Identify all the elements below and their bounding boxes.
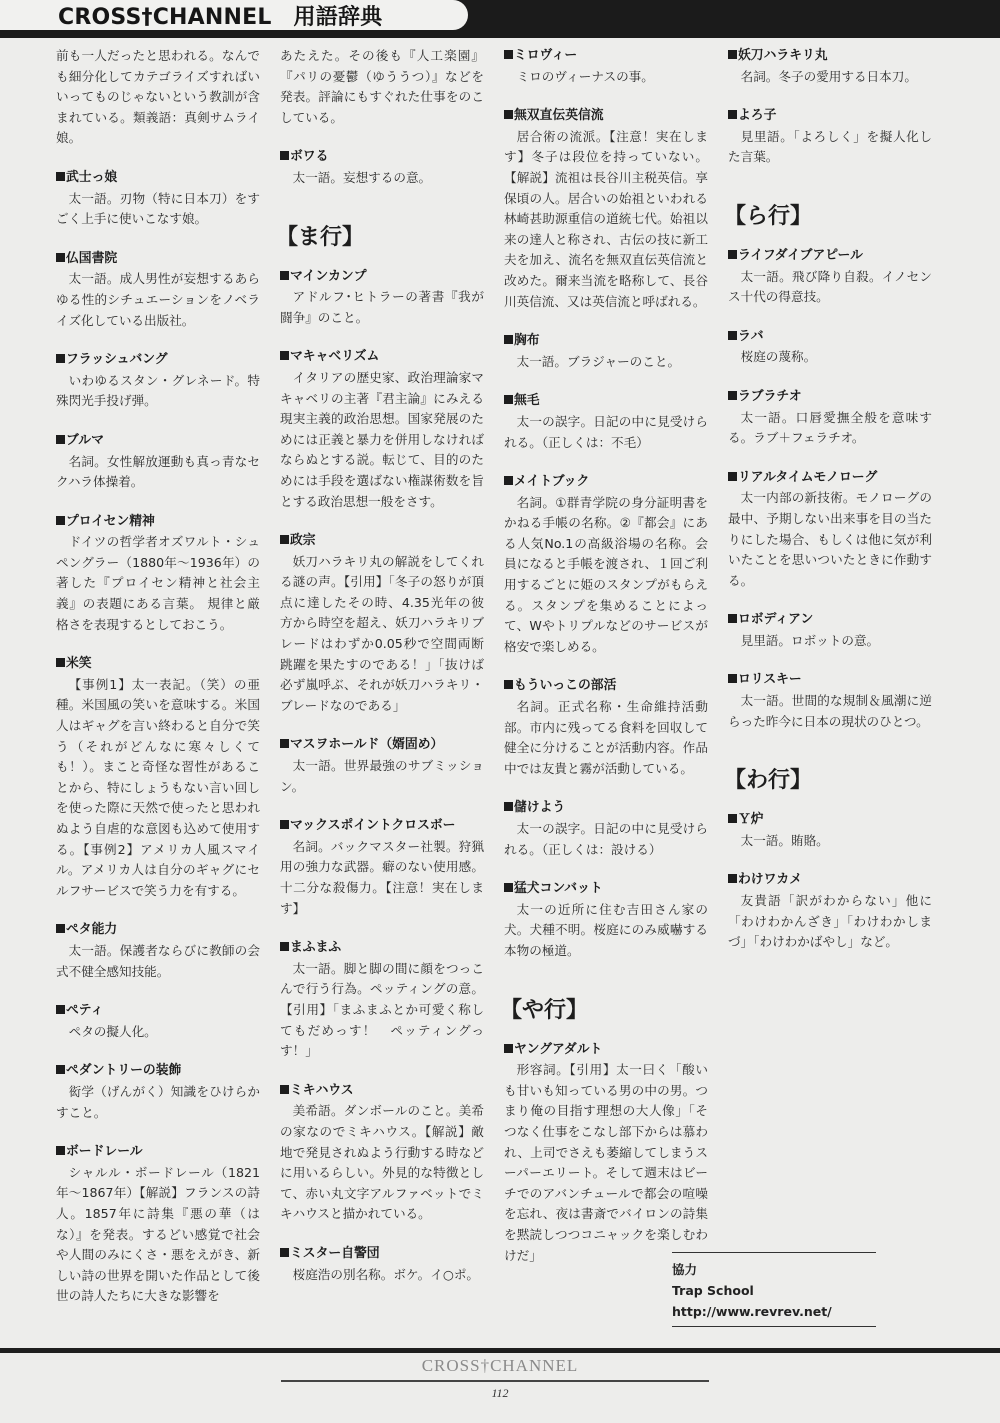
glossary-entry: プロイセン精神ドイツの哲学者オズワルト・シュペングラー（1880年〜1936年）… — [56, 512, 260, 636]
entry-term: プロイセン精神 — [56, 512, 260, 533]
entry-term-text: ブルマ — [66, 433, 104, 448]
entry-term-text: 胸布 — [514, 333, 540, 348]
entry-term-text: 猛犬コンバット — [514, 881, 603, 896]
entry-definition: 美希語。ダンボールのこと。美希の家なのでミキハウス。【解説】敵地で発見されぬよう… — [280, 1101, 484, 1225]
entry-term-text: リアルタイムモノローグ — [738, 470, 877, 485]
entry-definition: 見里語。「よろしく」を擬人化した言葉。 — [728, 127, 932, 168]
square-bullet-icon — [728, 391, 737, 400]
entry-term: ライフダイブアピール — [728, 246, 932, 267]
entry-term: ボワる — [280, 147, 484, 168]
square-bullet-icon — [56, 924, 65, 933]
entry-term: ラブラチオ — [728, 387, 932, 408]
entry-definition: 太一語。世界最強のサブミッション。 — [280, 756, 484, 797]
glossary-entry: マインカンプアドルフ･ヒトラーの著書『我が闘争』のこと。 — [280, 267, 484, 329]
glossary-entry: もういっこの部活名詞。正式名称・生命維持活動部。市内に残ってる食料を回収して健全… — [504, 676, 708, 779]
entry-definition: 太一語。飛び降り自殺。イノセンス十代の得意技。 — [728, 267, 932, 308]
glossary-entry: 政宗妖刀ハラキリ丸の解説をしてくれる謎の声。【引用】「冬子の怒りが頂点に達したそ… — [280, 531, 484, 716]
entry-term-text: プロイセン精神 — [66, 514, 155, 529]
entry-term: 無双直伝英信流 — [504, 106, 708, 127]
entry-definition: いわゆるスタン・グレネード。特殊閃光手投げ弾。 — [56, 371, 260, 412]
square-bullet-icon — [280, 820, 289, 829]
glossary-entry: ペダントリーの装飾衒学（げんがく）知識をひけらかすこと。 — [56, 1061, 260, 1123]
glossary-entry: よろ子見里語。「よろしく」を擬人化した言葉。 — [728, 106, 932, 168]
square-bullet-icon — [56, 516, 65, 525]
entry-definition: 名詞。正式名称・生命維持活動部。市内に残ってる食料を回収して健全に分けることが活… — [504, 697, 708, 779]
glossary-entry: ボワる太一語。妄想するの意。 — [280, 147, 484, 188]
glossary-entry: 武士っ娘太一語。刃物（特に日本刀）をすごく上手に使いこなす娘。 — [56, 168, 260, 230]
square-bullet-icon — [56, 1065, 65, 1074]
entry-term-text: ボワる — [290, 149, 328, 164]
entry-definition: 見里語。ロボットの意。 — [728, 631, 932, 652]
entry-definition: 太一の近所に住む吉田さん家の犬。犬種不明。桜庭にのみ威嚇する本物の極道。 — [504, 900, 708, 962]
glossary-columns: 前も一人だったと思われる。なんでも細分化してカテゴライズすればいいってものじゃな… — [56, 46, 936, 1346]
entry-term: わけワカメ — [728, 870, 932, 891]
square-bullet-icon — [280, 535, 289, 544]
glossary-entry: メイトブック名詞。①群青学院の身分証明書をかねる手帳の名称。②『都会』にある人気… — [504, 472, 708, 657]
square-bullet-icon — [56, 435, 65, 444]
square-bullet-icon — [280, 739, 289, 748]
entry-term-text: 仏国書院 — [66, 251, 117, 266]
column-1: 前も一人だったと思われる。なんでも細分化してカテゴライズすればいいってものじゃな… — [56, 46, 260, 1326]
entry-term-text: 武士っ娘 — [66, 170, 117, 185]
entry-term-text: ボードレール — [66, 1144, 143, 1159]
entry-definition: 名詞。バックマスター社製。狩猟用の強力な武器。癖のない使用感。十二分な殺傷力。【… — [280, 837, 484, 919]
glossary-entry: 胸布太一語。ブラジャーのこと。 — [504, 331, 708, 372]
glossary-entry: 無毛太一の誤字。日記の中に見受けられる。（正しくは：不毛） — [504, 391, 708, 453]
section-heading: 【や行】 — [500, 996, 708, 1026]
square-bullet-icon — [56, 1005, 65, 1014]
entry-definition: 太一語。脚と脚の間に顔をつっこんで行う行為。ペッティングの意。【引用】「まふまふ… — [280, 959, 484, 1062]
page-title: CROSS†CHANNEL用語辞典 — [58, 0, 382, 31]
entry-term: 政宗 — [280, 531, 484, 552]
glossary-entry: ヤングアダルト形容詞。【引用】太一曰く「酸いも甘いも知っている男の中の男。つまり… — [504, 1040, 708, 1267]
entry-definition: 太一語。世間的な規制＆風潮に逆らった昨今に日本の現状のひとつ。 — [728, 691, 932, 732]
entry-definition: 形容詞。【引用】太一曰く「酸いも甘いも知っている男の中の男。つまり俺の目指す理想… — [504, 1060, 708, 1266]
square-bullet-icon — [280, 151, 289, 160]
entry-term: よろ子 — [728, 106, 932, 127]
glossary-entry: 猛犬コンバット太一の近所に住む吉田さん家の犬。犬種不明。桜庭にのみ威嚇する本物の… — [504, 879, 708, 961]
square-bullet-icon — [728, 110, 737, 119]
entry-term: まふまふ — [280, 938, 484, 959]
entry-term-text: ロボディアン — [738, 612, 813, 627]
entry-definition: 桜庭の蔑称。 — [728, 347, 932, 368]
entry-term-text: ロリスキー — [738, 672, 802, 687]
glossary-entry: ミキハウス美希語。ダンボールのこと。美希の家なのでミキハウス。【解説】敵地で発見… — [280, 1081, 484, 1225]
entry-definition: 名詞。冬子の愛用する日本刀。 — [728, 67, 932, 88]
square-bullet-icon — [56, 172, 65, 181]
section-heading: 【ら行】 — [724, 202, 932, 232]
entry-definition: 太一の誤字。日記の中に見受けられる。（正しくは：設ける） — [504, 819, 708, 860]
entry-term: 無毛 — [504, 391, 708, 412]
entry-term: マインカンプ — [280, 267, 484, 288]
glossary-entry: ラブラチオ太一語。口唇愛撫全般を意味する。ラブ＋フェラチオ。 — [728, 387, 932, 449]
glossary-entry: ロリスキー太一語。世間的な規制＆風潮に逆らった昨今に日本の現状のひとつ。 — [728, 670, 932, 732]
section-heading: 【わ行】 — [724, 766, 932, 796]
glossary-entry: 仏国書院太一語。成人男性が妄想するあらゆる性的シチュエーションをノベライズ化して… — [56, 249, 260, 331]
continued-text: あたえた。その後も『人工楽園』『パリの憂鬱（ゆううつ）』などを発表。評論にもすぐ… — [280, 46, 484, 128]
entry-term: ボードレール — [56, 1142, 260, 1163]
glossary-entry: 儲けよう太一の誤字。日記の中に見受けられる。（正しくは：設ける） — [504, 798, 708, 860]
entry-term-text: マキャベリズム — [290, 349, 379, 364]
entry-definition: 居合術の流派。【注意！実在します】冬子は段位を持っていない。【解説】流祖は長谷川… — [504, 127, 708, 312]
square-bullet-icon — [504, 680, 513, 689]
entry-definition: 太一内部の新技術。モノローグの最中、予期しない出来事を目の当たりにした場合、もし… — [728, 488, 932, 591]
entry-term-text: ペダントリーの装飾 — [66, 1063, 181, 1078]
entry-term: ロボディアン — [728, 610, 932, 631]
square-bullet-icon — [728, 250, 737, 259]
subtitle-text: 用語辞典 — [294, 5, 383, 30]
square-bullet-icon — [728, 874, 737, 883]
entry-definition: 衒学（げんがく）知識をひけらかすこと。 — [56, 1082, 260, 1123]
entry-term: 仏国書院 — [56, 249, 260, 270]
header-title-tab: CROSS†CHANNEL用語辞典 — [0, 0, 468, 30]
entry-term: フラッシュバング — [56, 350, 260, 371]
entry-term-text: ミロヴィー — [514, 48, 577, 63]
footer-logo: CROSS†CHANNEL — [0, 1356, 1000, 1376]
credit-url[interactable]: http://www.revrev.net/ — [672, 1301, 876, 1322]
square-bullet-icon — [504, 1044, 513, 1053]
entry-term: 儲けよう — [504, 798, 708, 819]
entry-term: マックスポイントクロスボー — [280, 816, 484, 837]
entry-term-text: ヤングアダルト — [514, 1042, 602, 1057]
entry-term-text: ライフダイブアピール — [738, 248, 863, 263]
glossary-entry: ブルマ名詞。女性解放運動も真っ青なセクハラ体操着。 — [56, 431, 260, 493]
entry-term-text: 米笑 — [66, 656, 92, 671]
entry-definition: ミロのヴィーナスの事。 — [504, 67, 708, 88]
entry-term-text: まふまふ — [290, 940, 341, 955]
entry-definition: 太一語。妄想するの意。 — [280, 168, 484, 189]
entry-definition: シャルル・ボードレール（1821年〜1867年）【解説】フランスの詩人。1857… — [56, 1163, 260, 1307]
entry-term-text: よろ子 — [738, 108, 776, 123]
entry-term-text: 政宗 — [290, 533, 316, 548]
entry-definition: ドイツの哲学者オズワルト・シュペングラー（1880年〜1936年）の著した『プロ… — [56, 532, 260, 635]
entry-term-text: わけワカメ — [738, 872, 802, 887]
entry-term: 猛犬コンバット — [504, 879, 708, 900]
credit-name: Trap School — [672, 1280, 876, 1301]
glossary-entry: ボードレールシャルル・ボードレール（1821年〜1867年）【解説】フランスの詩… — [56, 1142, 260, 1307]
entry-definition: 太一語。保護者ならびに教師の会式不健全感知技能。 — [56, 941, 260, 982]
square-bullet-icon — [728, 674, 737, 683]
entry-term: ロリスキー — [728, 670, 932, 691]
page-number: 112 — [0, 1386, 1000, 1401]
square-bullet-icon — [56, 354, 65, 363]
entry-definition: 太一語。ブラジャーのこと。 — [504, 352, 708, 373]
entry-term: マスヲホールド（婿固め） — [280, 735, 484, 756]
square-bullet-icon — [280, 351, 289, 360]
entry-definition: 太一語。口唇愛撫全般を意味する。ラブ＋フェラチオ。 — [728, 408, 932, 449]
square-bullet-icon — [504, 50, 513, 59]
entry-term-text: もういっこの部活 — [514, 678, 616, 693]
entry-term: マキャベリズム — [280, 347, 484, 368]
glossary-entry: ペタ能力太一語。保護者ならびに教師の会式不健全感知技能。 — [56, 920, 260, 982]
glossary-entry: ロボディアン見里語。ロボットの意。 — [728, 610, 932, 651]
square-bullet-icon — [728, 472, 737, 481]
entry-term: 米笑 — [56, 654, 260, 675]
section-heading: 【ま行】 — [276, 223, 484, 253]
entry-term-text: ミキハウス — [290, 1083, 354, 1098]
entry-term: リアルタイムモノローグ — [728, 468, 932, 489]
footer-rule — [0, 1348, 1000, 1353]
glossary-entry: 米笑【事例1】太一表記。（笑）の亜種。米国風の笑いを意味する。米国人はギャグを言… — [56, 654, 260, 901]
square-bullet-icon — [728, 614, 737, 623]
footer-divider — [281, 1380, 709, 1382]
credit-box: 協力 Trap School http://www.revrev.net/ — [672, 1252, 876, 1327]
entry-term: メイトブック — [504, 472, 708, 493]
entry-term-text: マインカンプ — [290, 269, 367, 284]
glossary-entry: わけワカメ友貴語「訳がわからない」他に「わけわかんざき」「わけわかしまづ」「わけ… — [728, 870, 932, 952]
glossary-entry: ミロヴィーミロのヴィーナスの事。 — [504, 46, 708, 87]
continued-text: 前も一人だったと思われる。なんでも細分化してカテゴライズすればいいってものじゃな… — [56, 46, 260, 149]
square-bullet-icon — [728, 331, 737, 340]
entry-definition: 【事例1】太一表記。（笑）の亜種。米国風の笑いを意味する。米国人はギャグを言い終… — [56, 675, 260, 902]
square-bullet-icon — [504, 335, 513, 344]
entry-definition: 太一語。刃物（特に日本刀）をすごく上手に使いこなす娘。 — [56, 189, 260, 230]
square-bullet-icon — [504, 395, 513, 404]
glossary-entry: ライフダイブアピール太一語。飛び降り自殺。イノセンス十代の得意技。 — [728, 246, 932, 308]
square-bullet-icon — [56, 253, 65, 262]
column-4: 妖刀ハラキリ丸名詞。冬子の愛用する日本刀。よろ子見里語。「よろしく」を擬人化した… — [728, 46, 932, 972]
entry-definition: ペタの擬人化。 — [56, 1022, 260, 1043]
square-bullet-icon — [504, 110, 513, 119]
entry-term: ミキハウス — [280, 1081, 484, 1102]
entry-definition: 友貴語「訳がわからない」他に「わけわかんざき」「わけわかしまづ」「わけわかばやし… — [728, 891, 932, 953]
entry-term-text: ミスター自警団 — [290, 1246, 380, 1261]
square-bullet-icon — [56, 1146, 65, 1155]
glossary-entry: 妖刀ハラキリ丸名詞。冬子の愛用する日本刀。 — [728, 46, 932, 87]
glossary-entry: Ｙ炉太一語。賄賂。 — [728, 810, 932, 851]
entry-term-text: 儲けよう — [514, 800, 565, 815]
entry-definition: イタリアの歴史家、政治理論家マキャベリの主著『君主論』にみえる現実主義的政治思想… — [280, 368, 484, 512]
glossary-entry: ラバ桜庭の蔑称。 — [728, 327, 932, 368]
entry-term: もういっこの部活 — [504, 676, 708, 697]
column-2: あたえた。その後も『人工楽園』『パリの憂鬱（ゆううつ）』などを発表。評論にもすぐ… — [280, 46, 484, 1304]
square-bullet-icon — [728, 50, 737, 59]
entry-term: ミロヴィー — [504, 46, 708, 67]
entry-definition: 桜庭浩の別名称。ボケ。イ○ポ。 — [280, 1265, 484, 1286]
square-bullet-icon — [504, 883, 513, 892]
title-text: CROSS†CHANNEL — [58, 5, 272, 30]
entry-term-text: ペティ — [66, 1003, 103, 1018]
entry-term: Ｙ炉 — [728, 810, 932, 831]
glossary-entry: フラッシュバングいわゆるスタン・グレネード。特殊閃光手投げ弾。 — [56, 350, 260, 412]
entry-term: ブルマ — [56, 431, 260, 452]
square-bullet-icon — [280, 271, 289, 280]
square-bullet-icon — [56, 658, 65, 667]
entry-term-text: ペタ能力 — [66, 922, 117, 937]
entry-definition: 太一語。賄賂。 — [728, 831, 932, 852]
glossary-entry: ミスター自警団桜庭浩の別名称。ボケ。イ○ポ。 — [280, 1244, 484, 1285]
entry-term: 武士っ娘 — [56, 168, 260, 189]
entry-term-text: 無毛 — [514, 393, 540, 408]
entry-term-text: ラバ — [738, 329, 764, 344]
square-bullet-icon — [504, 802, 513, 811]
entry-term-text: フラッシュバング — [66, 352, 168, 367]
glossary-entry: まふまふ太一語。脚と脚の間に顔をつっこんで行う行為。ペッティングの意。【引用】「… — [280, 938, 484, 1062]
entry-term: ラバ — [728, 327, 932, 348]
entry-term: ミスター自警団 — [280, 1244, 484, 1265]
entry-term-text: マックスポイントクロスボー — [290, 818, 455, 833]
entry-term: ペダントリーの装飾 — [56, 1061, 260, 1082]
entry-definition: 妖刀ハラキリ丸の解説をしてくれる謎の声。【引用】「冬子の怒りが頂点に達したその時… — [280, 552, 484, 717]
square-bullet-icon — [728, 814, 737, 823]
glossary-entry: 無双直伝英信流居合術の流派。【注意！実在します】冬子は段位を持っていない。【解説… — [504, 106, 708, 312]
glossary-entry: リアルタイムモノローグ太一内部の新技術。モノローグの最中、予期しない出来事を目の… — [728, 468, 932, 592]
entry-term-text: 無双直伝英信流 — [514, 108, 604, 123]
entry-term-text: Ｙ炉 — [738, 812, 764, 827]
entry-term-text: ラブラチオ — [738, 389, 802, 404]
entry-term: 妖刀ハラキリ丸 — [728, 46, 932, 67]
entry-definition: アドルフ･ヒトラーの著書『我が闘争』のこと。 — [280, 287, 484, 328]
glossary-entry: ペティペタの擬人化。 — [56, 1001, 260, 1042]
entry-term-text: メイトブック — [514, 474, 589, 489]
column-3: ミロヴィーミロのヴィーナスの事。無双直伝英信流居合術の流派。【注意！実在します】… — [504, 46, 708, 1285]
entry-definition: 太一の誤字。日記の中に見受けられる。（正しくは：不毛） — [504, 412, 708, 453]
square-bullet-icon — [280, 1248, 289, 1257]
entry-definition: 名詞。女性解放運動も真っ青なセクハラ体操着。 — [56, 452, 260, 493]
entry-term: ヤングアダルト — [504, 1040, 708, 1061]
entry-term-text: 妖刀ハラキリ丸 — [738, 48, 828, 63]
entry-term: ペタ能力 — [56, 920, 260, 941]
entry-term-text: マスヲホールド（婿固め） — [290, 737, 443, 752]
entry-definition: 名詞。①群青学院の身分証明書をかねる手帳の名称。②『都会』にある人気No.1の高… — [504, 493, 708, 658]
glossary-entry: マキャベリズムイタリアの歴史家、政治理論家マキャベリの主著『君主論』にみえる現実… — [280, 347, 484, 512]
entry-term: 胸布 — [504, 331, 708, 352]
square-bullet-icon — [280, 942, 289, 951]
entry-definition: 太一語。成人男性が妄想するあらゆる性的シチュエーションをノベライズ化している出版… — [56, 269, 260, 331]
glossary-entry: マスヲホールド（婿固め）太一語。世界最強のサブミッション。 — [280, 735, 484, 797]
entry-term: ペティ — [56, 1001, 260, 1022]
credit-label: 協力 — [672, 1259, 876, 1280]
glossary-entry: マックスポイントクロスボー名詞。バックマスター社製。狩猟用の強力な武器。癖のない… — [280, 816, 484, 919]
square-bullet-icon — [280, 1085, 289, 1094]
square-bullet-icon — [504, 476, 513, 485]
